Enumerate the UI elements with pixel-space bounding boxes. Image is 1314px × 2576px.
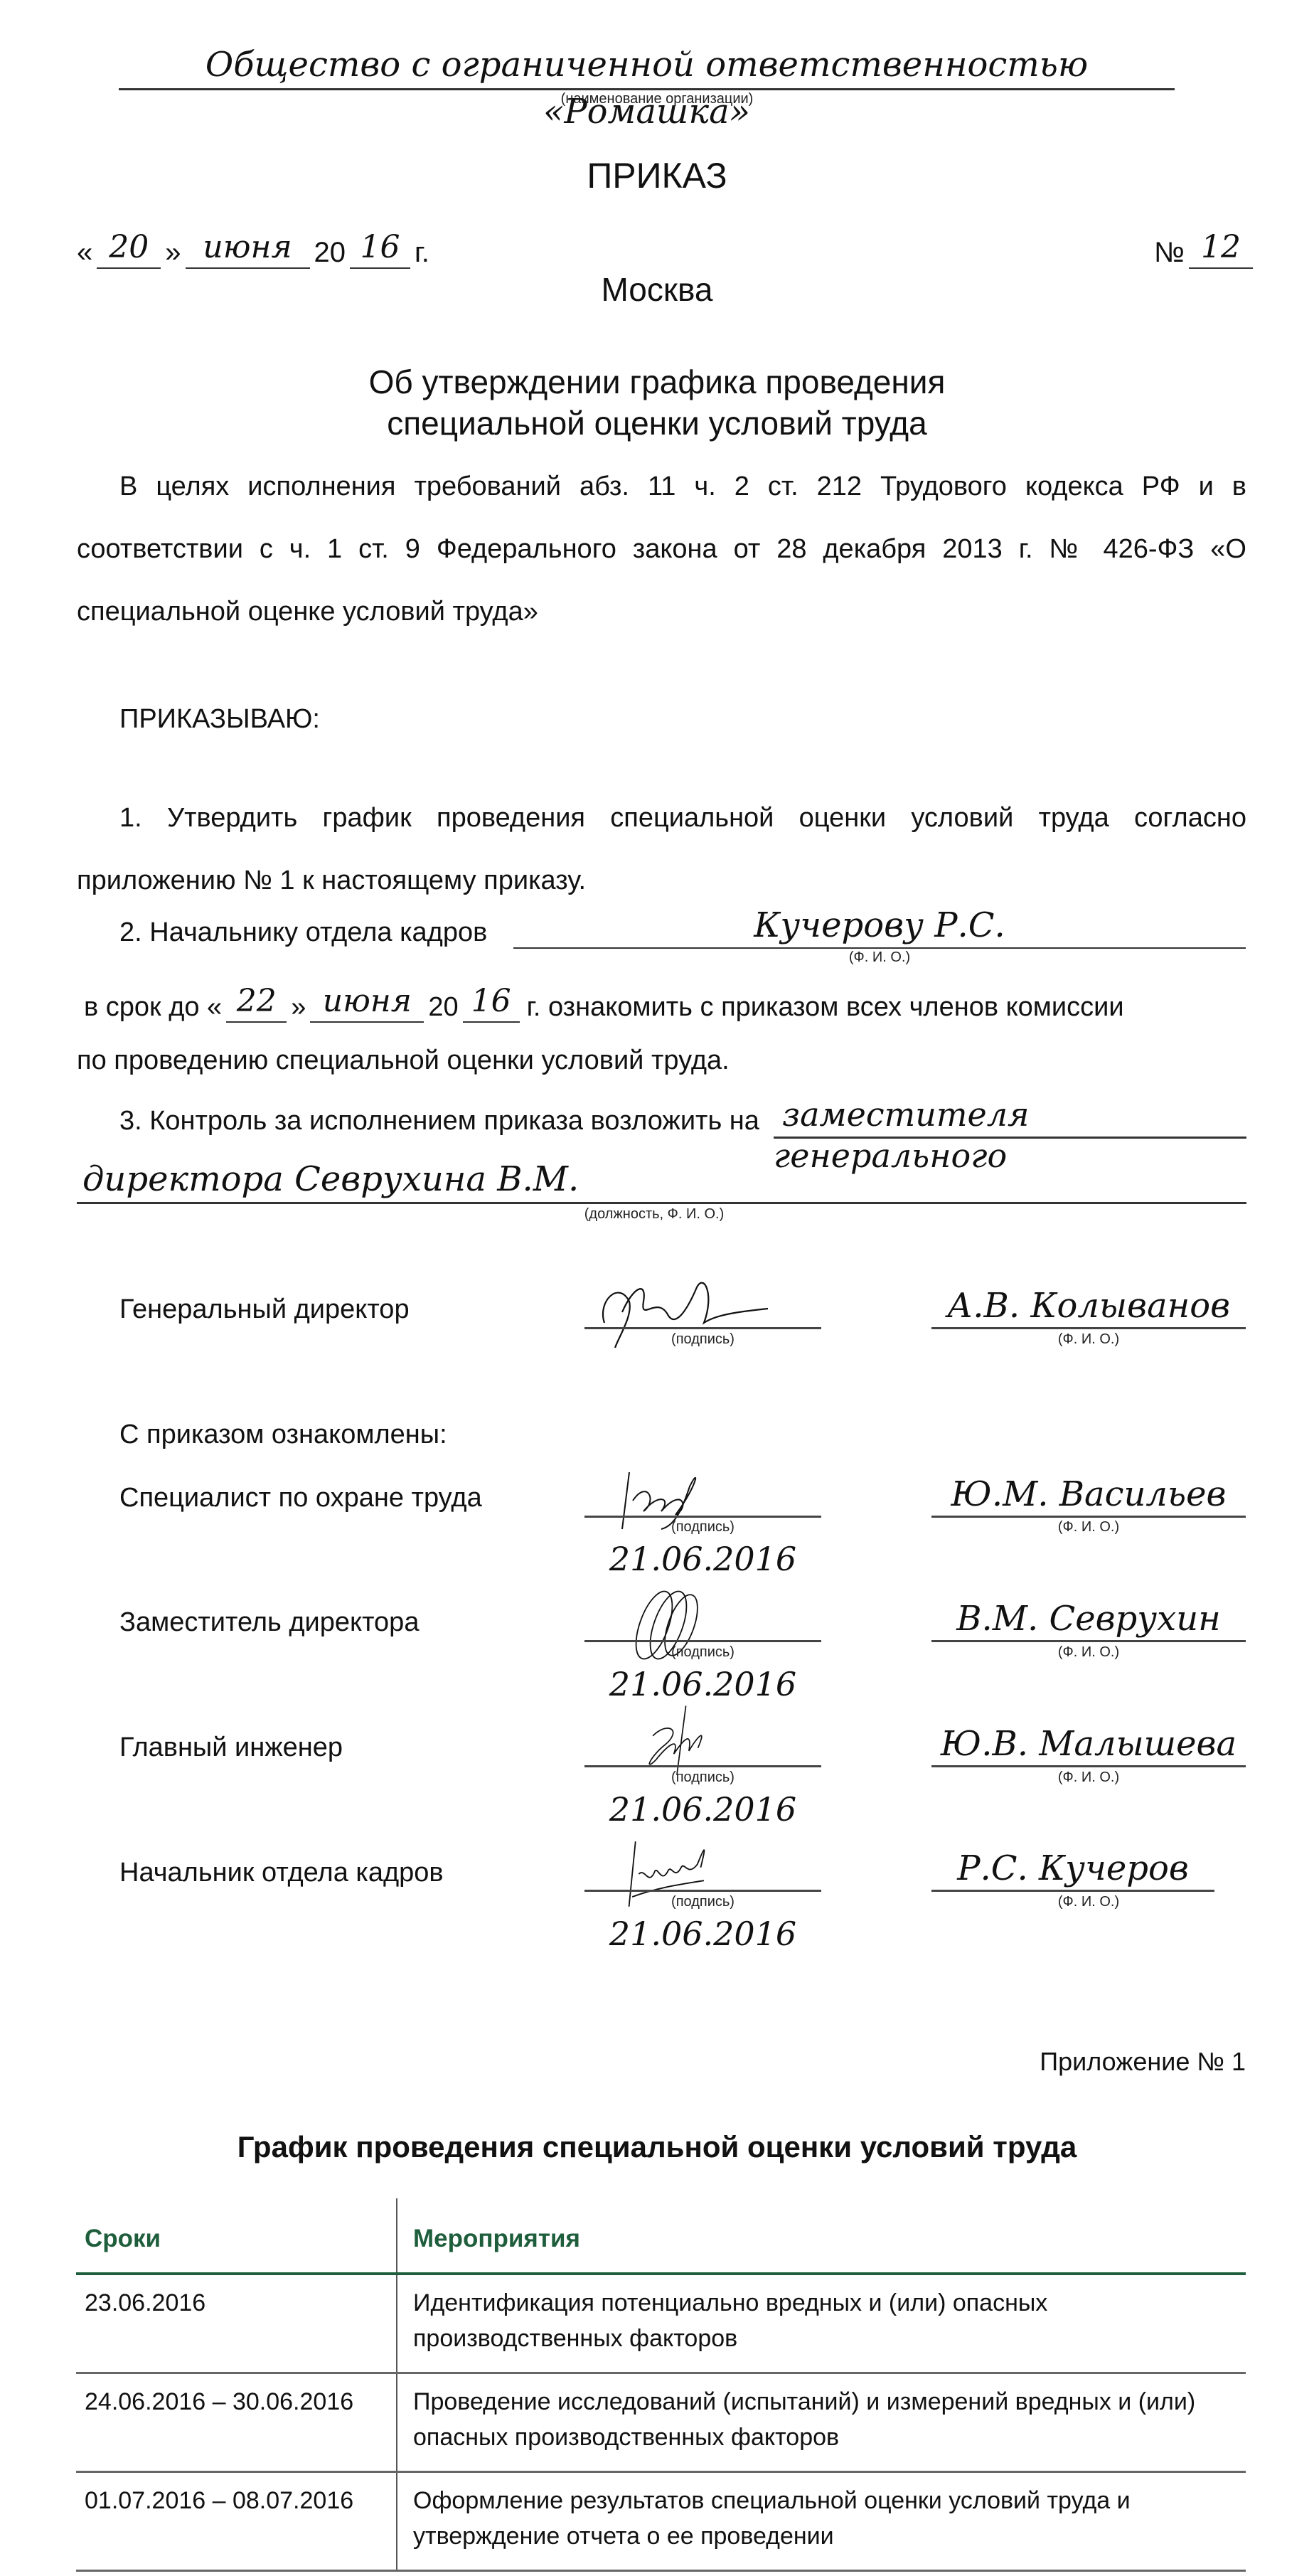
order-number: № 12 [1154, 226, 1257, 269]
row-period: 23.06.2016 [76, 2275, 397, 2372]
date-month: июня [186, 228, 310, 269]
acquaintance-date: 21.06.2016 [584, 1790, 821, 1829]
director-role: Генеральный директор [119, 1294, 410, 1325]
row-activity: Оформление результатов специальной оценк… [397, 2473, 1246, 2570]
director-signature-line [584, 1284, 821, 1329]
row-period: 24.06.2016 – 30.06.2016 [76, 2374, 397, 2471]
table-row: 23.06.2016 Идентификация потенциально вр… [76, 2275, 1246, 2374]
controller-field-line-1: заместителя генерального [774, 1094, 1246, 1139]
acquaintance-date: 21.06.2016 [584, 1915, 821, 1953]
acquainted-role: Начальник отдела кадров [119, 1858, 444, 1888]
signature-caption: (подпись) [584, 1769, 821, 1786]
deadline-close-quote: » [291, 992, 306, 1023]
acquainted-name-caption: (Ф. И. О.) [931, 1644, 1246, 1661]
organization-caption: (наименование организации) [0, 91, 1314, 107]
row-activity: Проведение исследований (испытаний) и из… [397, 2374, 1246, 2471]
acquaintance-date: 21.06.2016 [584, 1540, 821, 1578]
deadline-century: 20 [428, 992, 458, 1023]
signature-line [584, 1597, 821, 1642]
director-signature-caption: (подпись) [584, 1331, 821, 1348]
acquainted-role: Заместитель директора [119, 1607, 419, 1638]
number-value: 12 [1189, 228, 1253, 269]
subject-line-1: Об утверждении графика проведения [0, 361, 1314, 403]
acquainted-name-field: В.М. Севрухин [931, 1597, 1246, 1642]
date-open-quote: « [77, 237, 92, 269]
signature-line [584, 1847, 821, 1892]
date-close-quote: » [165, 237, 181, 269]
controller-field-line-2: директора Севрухина В.М. [77, 1158, 1246, 1204]
subject-line-2: специальной оценки условий труда [0, 403, 1314, 444]
organization-name: Общество с ограниченной ответственностью… [119, 41, 1175, 135]
acquainted-name: Р.С. Кучеров [957, 1848, 1189, 1888]
organization-name-field: Общество с ограниченной ответственностью… [119, 41, 1175, 90]
acquainted-name: В.М. Севрухин [956, 1599, 1220, 1639]
date-year: 16 [350, 228, 410, 269]
deadline-year: 16 [463, 981, 520, 1023]
table-row: 24.06.2016 – 30.06.2016 Проведение иссле… [76, 2374, 1246, 2473]
acquainted-name-field: Ю.В. Малышева [931, 1723, 1246, 1767]
controller-caption: (должность, Ф. И. О.) [555, 1206, 754, 1223]
table-header-row: Сроки Мероприятия [76, 2198, 1246, 2275]
column-header-period: Сроки [76, 2198, 397, 2272]
acquainted-name: Ю.В. Малышева [941, 1724, 1236, 1764]
order-item-3-label: 3. Контроль за исполнением приказа возло… [119, 1106, 759, 1137]
deadline-row: в срок до « 22 » июня 20 16 г. ознакомит… [84, 979, 1124, 1023]
number-label: № [1154, 237, 1185, 269]
deadline-row-continued: по проведению специальной оценки условий… [77, 1045, 730, 1076]
acquainted-name: Ю.М. Васильев [951, 1474, 1227, 1514]
order-word: ПРИКАЗЫВАЮ: [119, 704, 320, 735]
deadline-day: 22 [226, 981, 287, 1023]
deadline-suffix: г. ознакомить с приказом всех членов ком… [527, 992, 1124, 1023]
acquainted-role: Главный инженер [119, 1733, 343, 1763]
director-name-caption: (Ф. И. О.) [931, 1331, 1246, 1348]
date-year-suffix: г. [415, 237, 429, 269]
city: Москва [0, 270, 1314, 309]
date-day: 20 [97, 228, 161, 269]
responsible-person-field: Кучерову Р.С. [513, 905, 1246, 949]
order-subject: Об утверждении графика проведения специа… [0, 361, 1314, 444]
responsible-person-caption: (Ф. И. О.) [513, 949, 1246, 966]
signature-line [584, 1473, 821, 1518]
acquainted-name-caption: (Ф. И. О.) [931, 1769, 1246, 1786]
acquainted-name-field: Ю.М. Васильев [931, 1473, 1246, 1518]
document-title: ПРИКАЗ [0, 155, 1314, 196]
controller-name: директора Севрухина В.М. [77, 1159, 579, 1199]
signature-line [584, 1723, 821, 1767]
director-name-field: А.В. Колыванов [931, 1284, 1246, 1329]
row-activity: Идентификация потенциально вредных и (ил… [397, 2275, 1246, 2372]
date-century: 20 [314, 237, 346, 269]
acquainted-name-caption: (Ф. И. О.) [931, 1894, 1246, 1910]
order-date: « 20 » июня 20 16 г. [77, 226, 429, 269]
deadline-prefix: в срок до « [84, 992, 222, 1023]
schedule-title: График проведения специальной оценки усл… [0, 2130, 1314, 2164]
row-period: 01.07.2016 – 08.07.2016 [76, 2473, 397, 2570]
acquainted-name-field: Р.С. Кучеров [931, 1847, 1214, 1892]
signature-caption: (подпись) [584, 1644, 821, 1661]
table-row: 01.07.2016 – 08.07.2016 Оформление резул… [76, 2473, 1246, 2572]
schedule-table: Сроки Мероприятия 23.06.2016 Идентификац… [76, 2198, 1246, 2572]
column-header-activity: Мероприятия [397, 2198, 1246, 2272]
signature-caption: (подпись) [584, 1519, 821, 1536]
order-item-1: 1. Утвердить график проведения специальн… [77, 787, 1246, 912]
deadline-month: июня [310, 981, 424, 1023]
acquaintance-date: 21.06.2016 [584, 1665, 821, 1703]
director-name: А.В. Колыванов [947, 1286, 1230, 1326]
order-item-2-label: 2. Начальнику отдела кадров [119, 917, 487, 948]
responsible-person: Кучерову Р.С. [754, 905, 1005, 945]
acquainted-role: Специалист по охране труда [119, 1483, 482, 1513]
appendix-label: Приложение № 1 [1040, 2047, 1246, 2077]
acquainted-title: С приказом ознакомлены: [119, 1420, 447, 1450]
signature-caption: (подпись) [584, 1894, 821, 1910]
preamble: В целях исполнения требований абз. 11 ч.… [77, 455, 1246, 643]
acquainted-name-caption: (Ф. И. О.) [931, 1519, 1246, 1536]
